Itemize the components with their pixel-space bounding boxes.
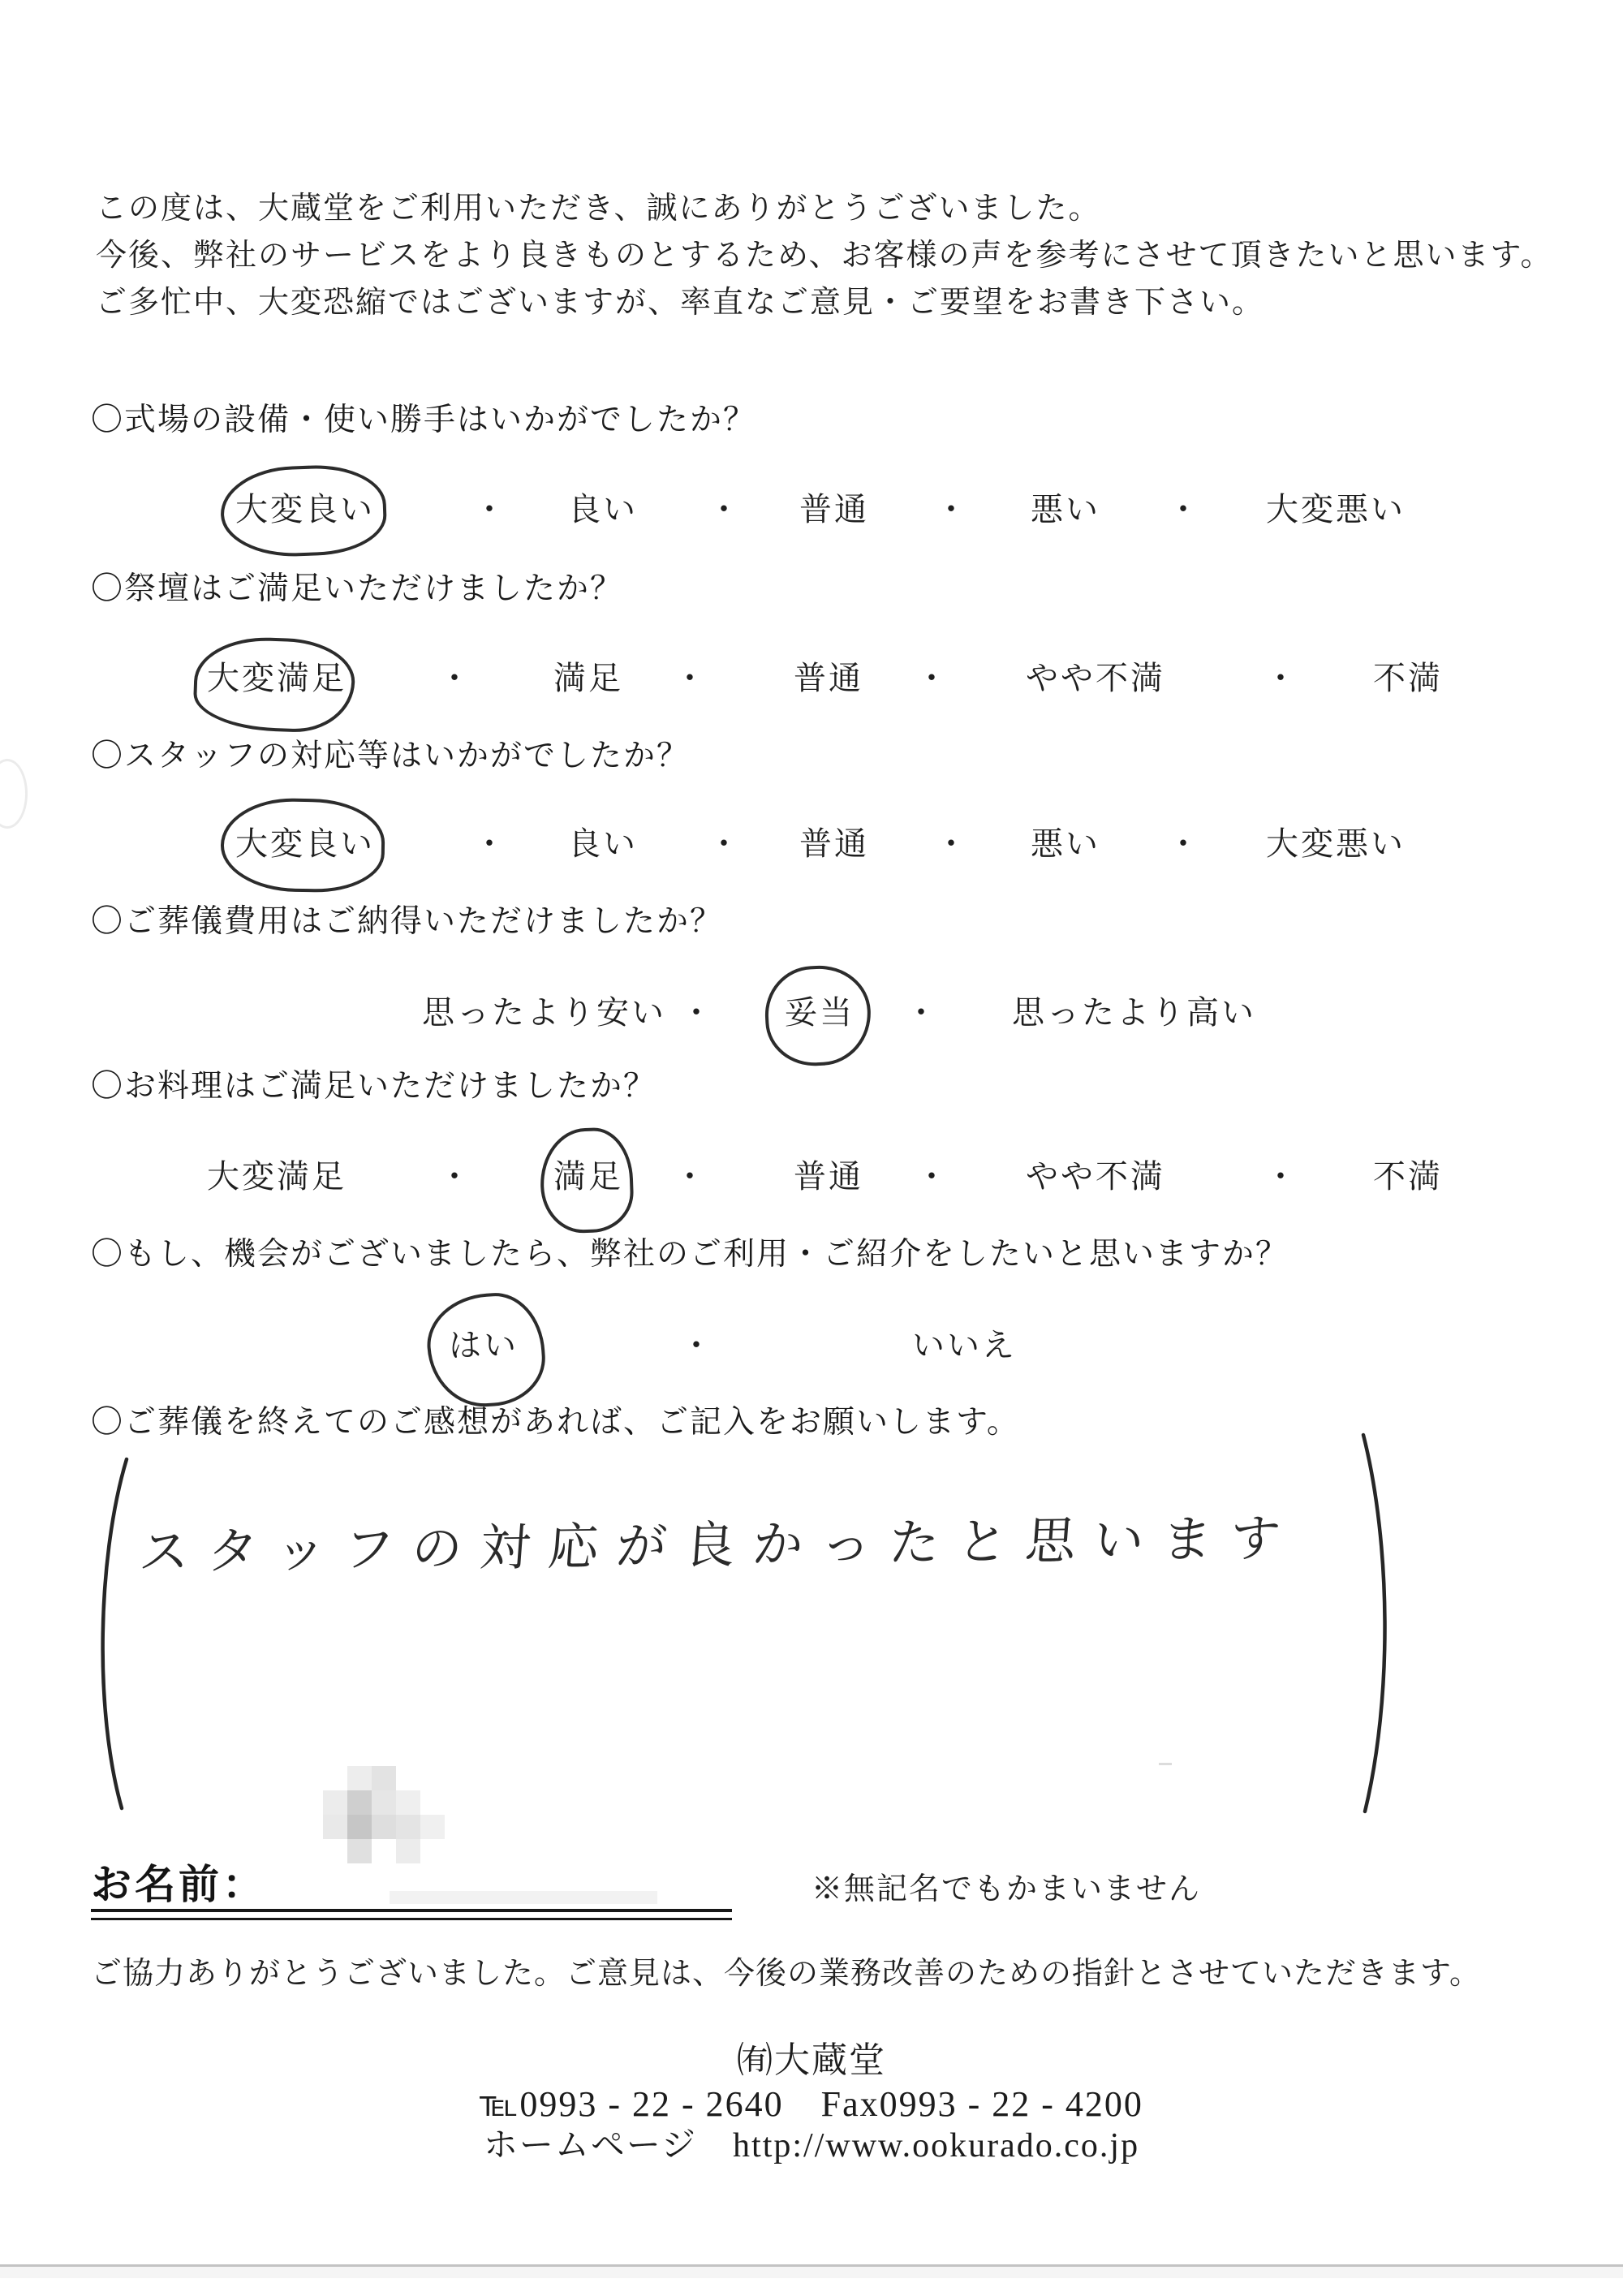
option-separator: ・ <box>915 1151 948 1197</box>
question-4-option: 思ったより高い <box>1012 987 1256 1033</box>
scan-artifact-left-edge <box>0 759 28 829</box>
option-separator: ・ <box>473 484 506 530</box>
question-3-option: 大変悪い <box>1266 818 1406 864</box>
question-5-option-circled: 満足 <box>553 1151 623 1197</box>
closing-message: ご協力ありがとうございました。ご意見は、今後の業務改善のための指針とさせていただ… <box>91 1948 1481 1992</box>
intro-line-2: 今後、弊社のサービスをより良きものとするため、お客様の声を参考にさせて頂きたいと… <box>96 230 1552 274</box>
option-separator: ・ <box>438 653 471 699</box>
option-separator: ・ <box>905 987 937 1033</box>
question-3-option: 悪い <box>1031 818 1100 864</box>
option-separator: ・ <box>473 818 506 864</box>
name-field-label: お名前： <box>91 1852 266 1910</box>
question-1-title: 〇式場の設備・使い勝手はいかがでしたか？ <box>91 394 756 440</box>
option-separator: ・ <box>1167 484 1199 530</box>
intro-line-3: ご多忙中、大変恐縮ではございますが、率直なご意見・ご要望をお書き下さい。 <box>96 277 1264 321</box>
scan-smudge <box>390 1891 657 1904</box>
question-5-option: 大変満足 <box>207 1151 347 1197</box>
comment-box-right-bracket <box>1354 1430 1402 1818</box>
option-separator: ・ <box>674 653 706 699</box>
option-separator: ・ <box>915 653 948 699</box>
question-4-title: 〇ご葬儀費用はご納得いただけましたか？ <box>91 896 723 941</box>
option-separator: ・ <box>708 484 740 530</box>
handwritten-comment: スタッフの対応が良かったと思います <box>137 1497 1302 1584</box>
scan-artifact-bottom-band <box>0 2267 1623 2278</box>
question-2-title: 〇祭壇はご満足いただけましたか？ <box>91 563 623 609</box>
question-1-option-circled: 大変良い <box>235 484 375 530</box>
redacted-name-mosaic <box>347 1766 372 1790</box>
option-separator: ・ <box>935 818 967 864</box>
question-2-option: 満足 <box>553 653 623 699</box>
question-1-option: 良い <box>568 484 638 530</box>
option-separator: ・ <box>935 484 967 530</box>
scanned-survey-page: この度は、大蔵堂をご利用いただき、誠にありがとうございました。 今後、弊社のサー… <box>0 0 1623 2296</box>
question-1-option: 普通 <box>799 484 869 530</box>
option-separator: ・ <box>1264 1151 1297 1197</box>
question-6-option: いいえ <box>912 1320 1017 1366</box>
question-5-option: やや不満 <box>1026 1151 1165 1197</box>
question-4-option: 思ったより安い <box>422 987 666 1033</box>
question-5-option: 不満 <box>1373 1151 1443 1197</box>
option-separator: ・ <box>680 987 712 1033</box>
homepage-line: ホームページ http://www.ookurado.co.jp <box>0 2118 1623 2167</box>
question-2-option: 不満 <box>1373 653 1443 699</box>
comment-box-left-bracket <box>86 1451 135 1818</box>
option-separator: ・ <box>708 818 740 864</box>
question-2-option: やや不満 <box>1026 653 1165 699</box>
scan-speck <box>1159 1763 1172 1765</box>
question-1-option: 悪い <box>1031 484 1100 530</box>
option-separator: ・ <box>1264 653 1297 699</box>
question-2-option: 普通 <box>794 653 863 699</box>
question-6-option-circled: はい <box>449 1320 519 1366</box>
question-3-option: 普通 <box>799 818 869 864</box>
question-3-option-circled: 大変良い <box>235 818 375 864</box>
question-3-title: 〇スタッフの対応等はいかがでしたか？ <box>91 730 690 776</box>
anonymous-ok-note: ※無記名でもかまいません <box>811 1863 1201 1908</box>
question-7-title: 〇ご葬儀を終えてのご感想があれば、ご記入をお願いします。 <box>91 1397 1020 1442</box>
question-1-option: 大変悪い <box>1266 484 1406 530</box>
option-separator: ・ <box>680 1320 712 1366</box>
question-5-title: 〇お料理はご満足いただけましたか？ <box>91 1061 657 1106</box>
option-separator: ・ <box>674 1151 706 1197</box>
question-5-option: 普通 <box>794 1151 863 1197</box>
option-separator: ・ <box>438 1151 471 1197</box>
intro-line-1: この度は、大蔵堂をご利用いただき、誠にありがとうございました。 <box>96 183 1100 227</box>
question-6-title: 〇もし、機会がございましたら、弊社のご利用・ご紹介をしたいと思いますか？ <box>91 1229 1289 1274</box>
option-separator: ・ <box>1167 818 1199 864</box>
question-4-option-circled: 妥当 <box>785 987 855 1033</box>
name-underline <box>91 1909 732 1920</box>
question-3-option: 良い <box>568 818 638 864</box>
question-2-option-circled: 大変満足 <box>207 653 347 699</box>
